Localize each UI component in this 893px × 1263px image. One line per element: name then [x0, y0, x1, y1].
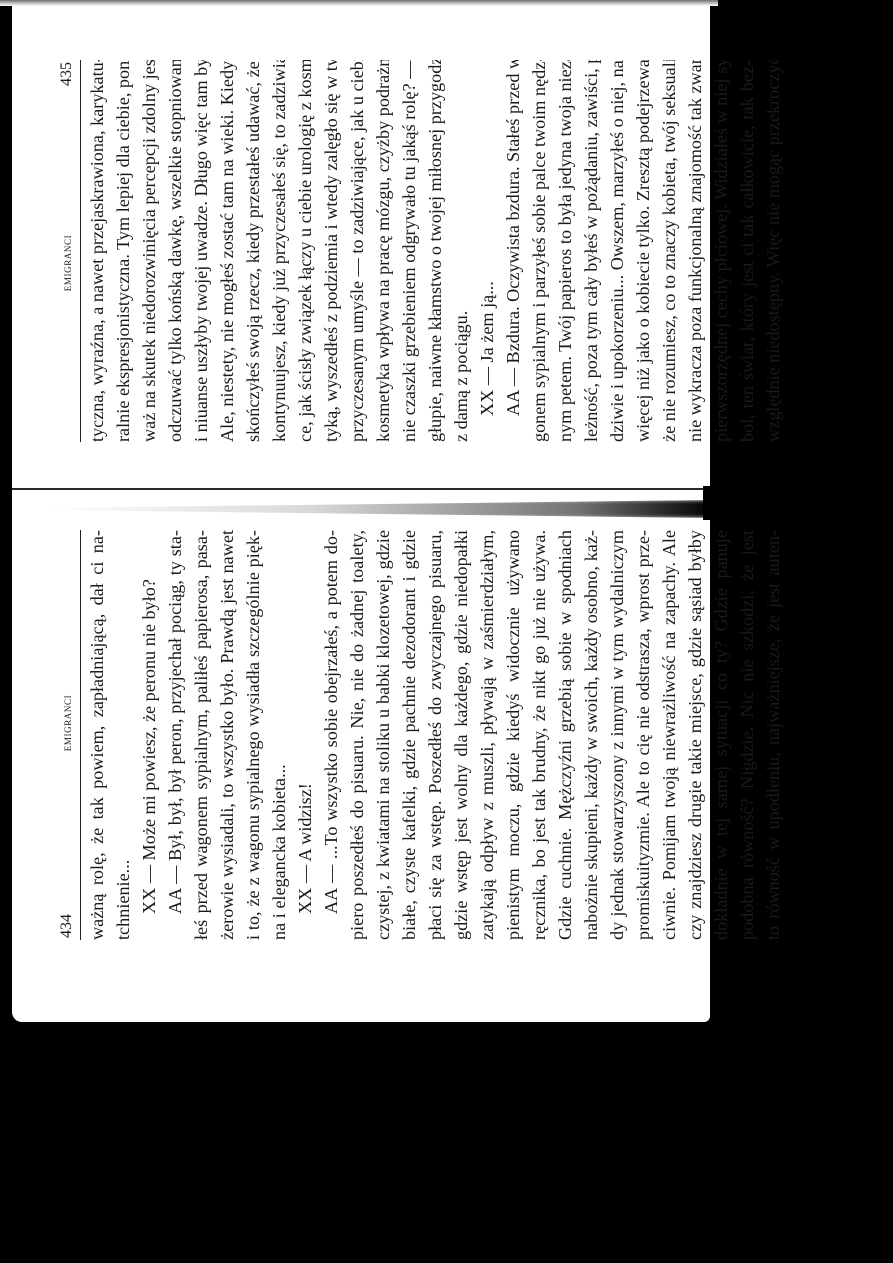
text-line: odczuwać tylko końską dawkę, wszelkie st… — [162, 60, 188, 442]
text-line: czystej, z kwiatami na stoliku u babki k… — [370, 530, 396, 940]
text-line: nabożnie skupieni, każdy w swoich, każdy… — [578, 530, 604, 940]
text-line: i niuanse uszłyby twojej uwadze. Długo w… — [188, 60, 214, 442]
running-head: EMIGRANCI — [63, 695, 73, 751]
text-line: z damą z pociągu. — [448, 60, 474, 442]
text-line: XX — Ja żem ją... — [474, 60, 500, 442]
text-line: dziwie i upokorzeniu... Owszem, marzyłeś… — [604, 60, 630, 442]
text-line: że nie rozumiesz, co to znaczy kobieta, … — [656, 60, 682, 442]
text-line: podobna równość? Nigdzie. Nic nie szkodz… — [734, 530, 760, 940]
page-body: ważną rolę, że tak powiem, zapładniającą… — [84, 530, 786, 940]
text-line: XX — A widzisz! — [292, 530, 318, 940]
text-line: pienistym moczu, gdzie kiedyś widocznie … — [500, 530, 526, 940]
text-line: przyczesanym umyśle — to zadziwiające, j… — [344, 60, 370, 442]
text-line: nie wykracza poza funkcjonalną znajomość… — [682, 60, 708, 442]
page-top-edge — [0, 0, 718, 6]
text-line: ciwnie. Pomijam twoją niewrażliwość na z… — [656, 530, 682, 940]
text-line: czy znajdziesz drugie takie miejsce, gdz… — [682, 530, 708, 940]
text-line: piero poszedłeś do pisuaru. Nie, nie do … — [344, 530, 370, 940]
page-434: 434 EMIGRANCI ważną rolę, że tak powiem,… — [58, 530, 786, 940]
text-line: gdzie wstęp jest wolny dla każdego, gdzi… — [448, 530, 474, 940]
page-header: 434 EMIGRANCI — [58, 530, 81, 940]
text-line: dy jednak stowarzyszony z innymi w tym w… — [604, 530, 630, 940]
text-line: i to, że z wagonu sypialnego wysiadła sz… — [240, 530, 266, 940]
text-line: XX — Może mi powiesz, że peronu nie było… — [136, 530, 162, 940]
text-line: pierwszorzędnej cechy płciowej. Widziałe… — [708, 60, 734, 442]
text-line: ręcznika, bo jest tak brudny, że nikt go… — [526, 530, 552, 940]
text-line: kontynuujesz, kiedy już przyczesałeś się… — [266, 60, 292, 442]
text-line: Gdzie cuchnie. Mężczyźni grzebią sobie w… — [552, 530, 578, 940]
text-line: żerowie wysiadali, to wszystko było. Pra… — [214, 530, 240, 940]
text-line: łeś przed wagonem sypialnym, paliłeś pap… — [188, 530, 214, 940]
text-line: AA — Był, był, był peron, przyjechał poc… — [162, 530, 188, 940]
text-line: AA — ...To wszystko sobie obejrzałeś, a … — [318, 530, 344, 940]
text-line: ce, jak ścisły związek łączy u ciebie ur… — [292, 60, 318, 442]
text-line: białe, czyste kafelki, gdzie pachnie dez… — [396, 530, 422, 940]
page-number: 434 — [58, 914, 76, 938]
page-body: tyczna, wyraźna, a nawet przejaskrawiona… — [84, 60, 786, 442]
text-line: tchnienie... — [110, 530, 136, 940]
running-head: EMIGRANCI — [63, 235, 73, 291]
text-line: AA — Bzdura. Oczywista bzdura. Stałeś pr… — [500, 60, 526, 442]
text-line: względnie niedostępny. Więc nie mogąc pr… — [760, 60, 786, 442]
text-line: promiskuityzmie. Ale to cię nie odstrasz… — [630, 530, 656, 940]
page-435: EMIGRANCI 435 tyczna, wyraźna, a nawet p… — [58, 60, 786, 442]
text-line: kosmetyka wpływa na pracę mózgu, czyżby … — [370, 60, 396, 442]
text-line: płaci się za wstęp. Poszedłeś do zwyczaj… — [422, 530, 448, 940]
text-line: ralnie ekspresjonistyczna. Tym lepiej dl… — [110, 60, 136, 442]
text-line: gonem sypialnym i parzyłeś sobie palce t… — [526, 60, 552, 442]
text-line: dokładnie w tej samej sytuacji co ty? Gd… — [708, 530, 734, 940]
text-line: leżność, poza tym cały byłeś w pożądaniu… — [578, 60, 604, 442]
text-line: waż na skutek niedorozwinięcia percepcji… — [136, 60, 162, 442]
text-line: zatykają odpływ z muszli, pływają w zaśm… — [474, 530, 500, 940]
text-line: ważną rolę, że tak powiem, zapładniającą… — [84, 530, 110, 940]
page-number: 435 — [58, 62, 76, 86]
gutter-notch — [703, 486, 715, 520]
text-line: więcej niż jako o kobiecie tylko. Zreszt… — [630, 60, 656, 442]
text-line: skończyłeś swoją rzecz, kiedy przestałeś… — [240, 60, 266, 442]
text-line: tyczna, wyraźna, a nawet przejaskrawiona… — [84, 60, 110, 442]
text-line: to równość w upodleniu, najważniejsze, ż… — [760, 530, 786, 940]
text-line: bol, ten świat, który jest ci tak całkow… — [734, 60, 760, 442]
text-line: nym petem. Twój papieros to była jedyna … — [552, 60, 578, 442]
text-line: tyką, wyszedłeś z podziemia i wtedy zalę… — [318, 60, 344, 442]
text-line: Ale, niestety, nie mogłeś zostać tam na … — [214, 60, 240, 442]
text-line: na i elegancka kobieta... — [266, 530, 292, 940]
book-gutter-line — [12, 488, 712, 490]
text-line: głupie, naiwne kłamstwo o twojej miłosne… — [422, 60, 448, 442]
text-line: nie czaszki grzebieniem odgrywało tu jak… — [396, 60, 422, 442]
page-header: EMIGRANCI 435 — [58, 60, 81, 442]
